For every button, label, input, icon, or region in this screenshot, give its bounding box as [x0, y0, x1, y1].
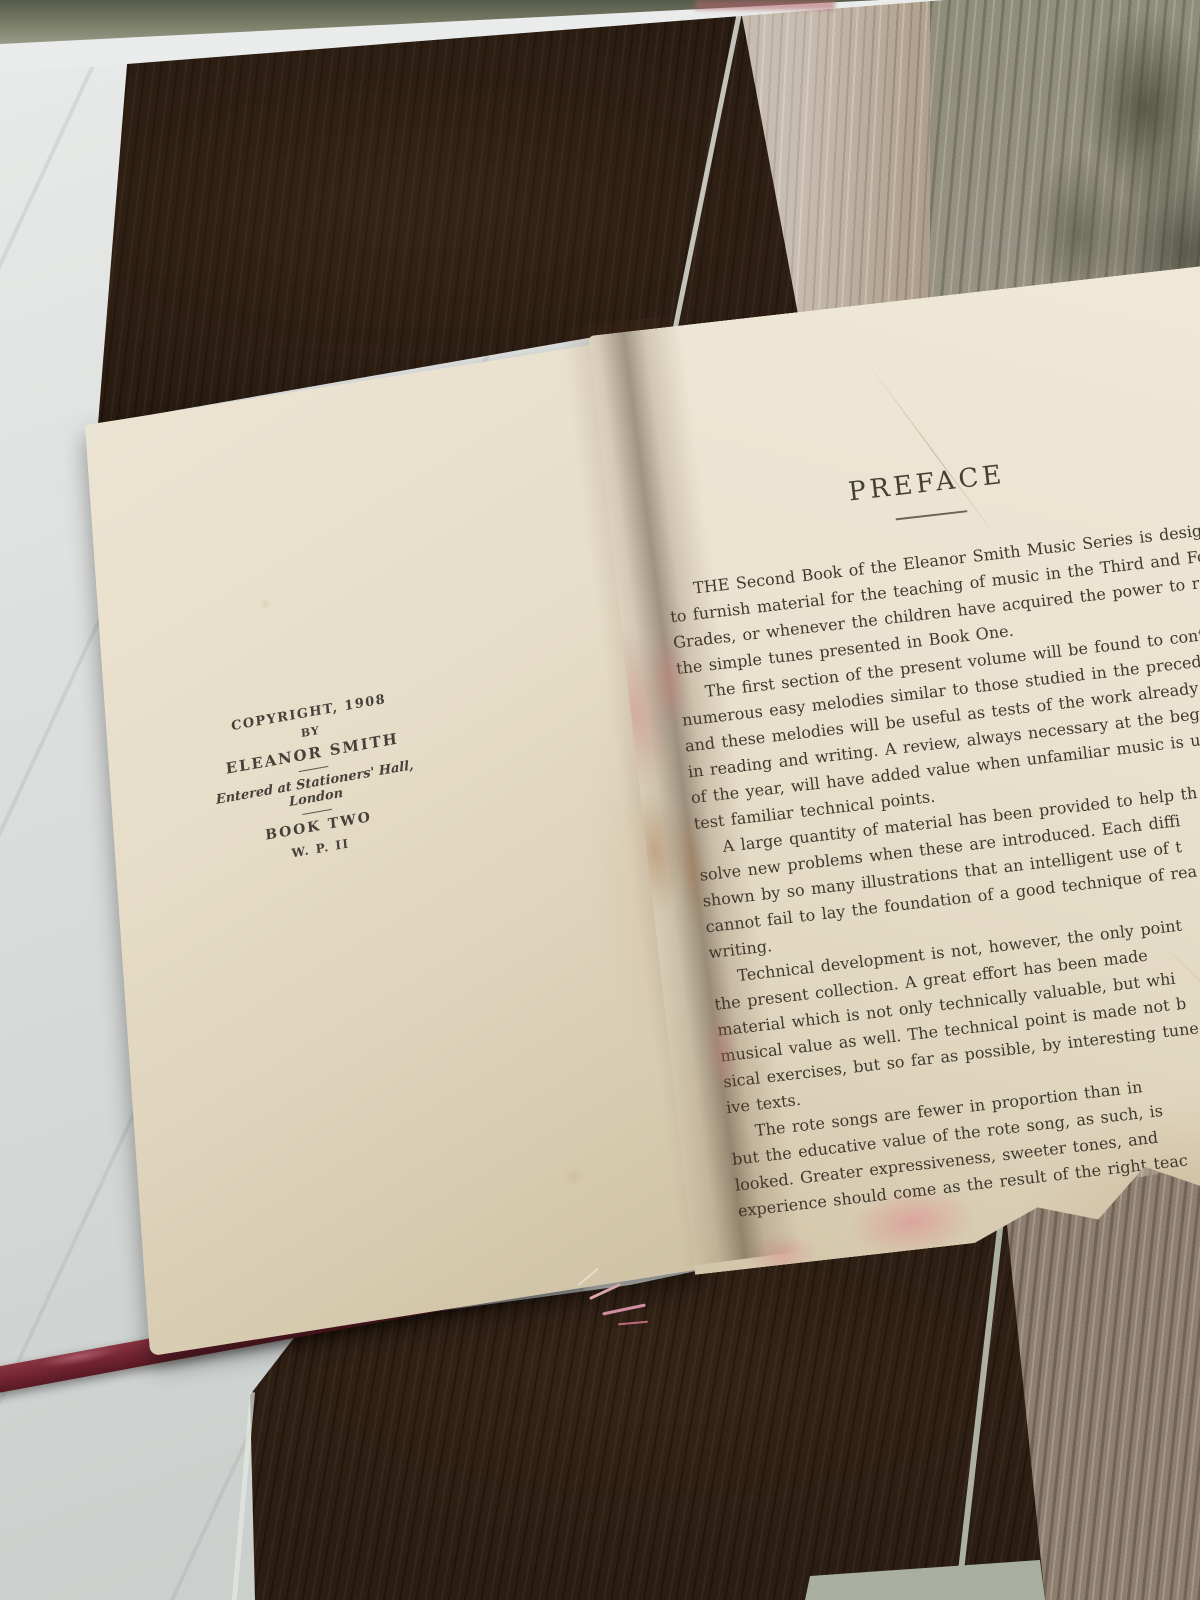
photo-of-open-book: COPYRIGHT, 1908 BY ELEANOR SMITH Entered…: [0, 0, 1200, 1600]
page-crease: [865, 360, 1003, 545]
copyright-rule: [299, 766, 329, 772]
copyright-rule: [302, 809, 332, 815]
page-title: PREFACE: [796, 454, 1058, 513]
preface-body: THE Second Book of the Eleanor Smith Mus…: [666, 506, 1200, 1224]
right-page: PREFACE THE Second Book of the Eleanor S…: [588, 252, 1200, 1275]
copyright-block: COPYRIGHT, 1908 BY ELEANOR SMITH Entered…: [190, 685, 440, 877]
title-rule: [896, 510, 968, 520]
red-sliver-top: [695, 0, 835, 10]
